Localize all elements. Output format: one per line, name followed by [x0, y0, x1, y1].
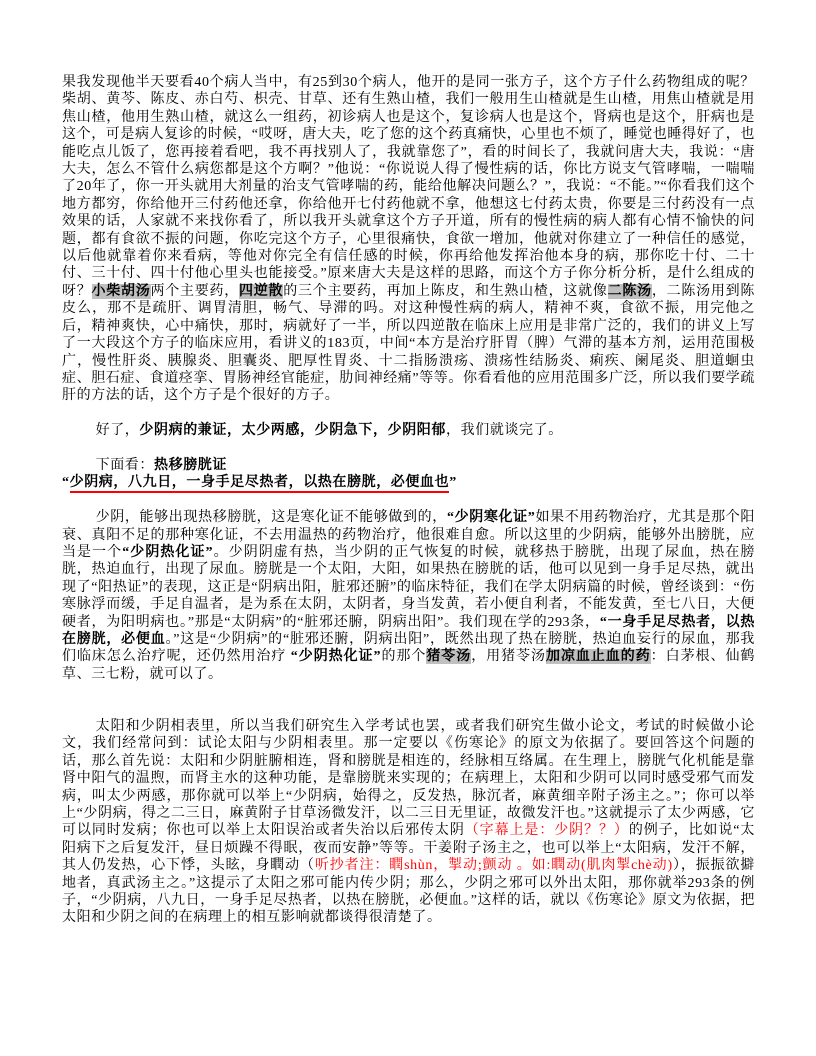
term-shaoyin-jianzheng: 少阴病的兼证，太少两感，少阴急下，少阴阳郁 — [139, 423, 446, 438]
paragraph-spacer — [62, 701, 755, 718]
heading-term-remibangguang: 热移膀胱证 — [154, 458, 227, 473]
text-run: 果我发现他半天要看40个病人当中，有25到30个病人，他开的是同一张方子，这个方… — [62, 75, 755, 299]
subtitle-note-red: （字幕上是：少阴？？） — [465, 823, 629, 838]
term-erchentang: 二陈汤 — [608, 284, 652, 299]
text-run: ，用猪苓汤 — [471, 649, 546, 664]
para-rehua-discussion: 少阴，能够出现热移膀胱，这是寒化证不能够做到的，“少阴寒化证”如果不用药物治疗，… — [62, 509, 755, 683]
paragraph-spacer — [62, 440, 755, 457]
text-run: ” — [449, 475, 457, 490]
para-section-wrapup: 好了，少阴病的兼证，太少两感，少阴急下，少阴阳郁，我们就谈完了。 — [62, 422, 755, 439]
para-clinical-story: 果我发现他半天要看40个病人当中，有25到30个病人，他开的是同一张方子，这个方… — [62, 74, 755, 405]
term-sinisan: 四逆散 — [239, 284, 283, 299]
text-run: 的那个 — [381, 649, 426, 664]
term-cooling-hemostatic: 加凉血止血的药 — [546, 649, 651, 664]
para-taiyang-shaoyin-biaoli: 太阳和少阴相表里，所以当我们研究生入学考试也罢，或者我们研究生做小论文，考试的时… — [62, 718, 755, 927]
transcriber-note-red: 听抄者注：瞤shùn，掣动;颤动 。如:瞤动(肌肉掣chè动) — [315, 858, 673, 873]
text-run: 好了， — [96, 423, 140, 438]
text-run: 太阳和少阴相表里，所以当我们研究生入学考试也罢，或者我们研究生做小论文，考试的时… — [62, 719, 755, 838]
term-rehuazheng: “少阴热化证” — [122, 545, 213, 560]
document-page: 果我发现他半天要看40个病人当中，有25到30个病人，他开的是同一张方子，这个方… — [0, 0, 816, 1056]
heading-remibangguang: 下面看：热移膀胱证 — [62, 457, 755, 474]
paragraph-spacer — [62, 683, 755, 700]
term-hanhuazheng: “少阴寒化证” — [447, 510, 535, 525]
term-rehuazheng-2: “少阴热化证” — [291, 649, 381, 664]
document-body: 果我发现他半天要看40个病人当中，有25到30个病人，他开的是同一张方子，这个方… — [62, 74, 755, 927]
para-original-quote-293: “少阴病，八九日，一身手足尽热者，以热在膀胱，必便血也” — [62, 474, 755, 491]
quote-293-underlined: 少阴病，八九日，一身手足尽热者，以热在膀胱，必便血也 — [70, 475, 450, 493]
text-run: ，我们就谈完了。 — [446, 423, 563, 438]
text-run: 少阴，能够出现热移膀胱，这是寒化证不能够做到的， — [96, 510, 447, 525]
text-run: “ — [62, 475, 70, 490]
term-xiaochaihutang: 小柴胡汤 — [92, 284, 151, 299]
paragraph-spacer — [62, 405, 755, 422]
term-zhulingtang: 猪苓汤 — [426, 649, 471, 664]
text-run: 下面看： — [96, 458, 154, 473]
text-run: 两个主要药， — [151, 284, 239, 299]
text-run: ，二陈汤用到陈皮么，那不是疏肝、调胃清胆，畅气、导滞的吗。对这种慢性病的病人，精… — [62, 284, 755, 403]
paragraph-spacer — [62, 492, 755, 509]
text-run: 的三个主要药，再加上陈皮，和生熟山楂，这就像 — [283, 284, 607, 299]
